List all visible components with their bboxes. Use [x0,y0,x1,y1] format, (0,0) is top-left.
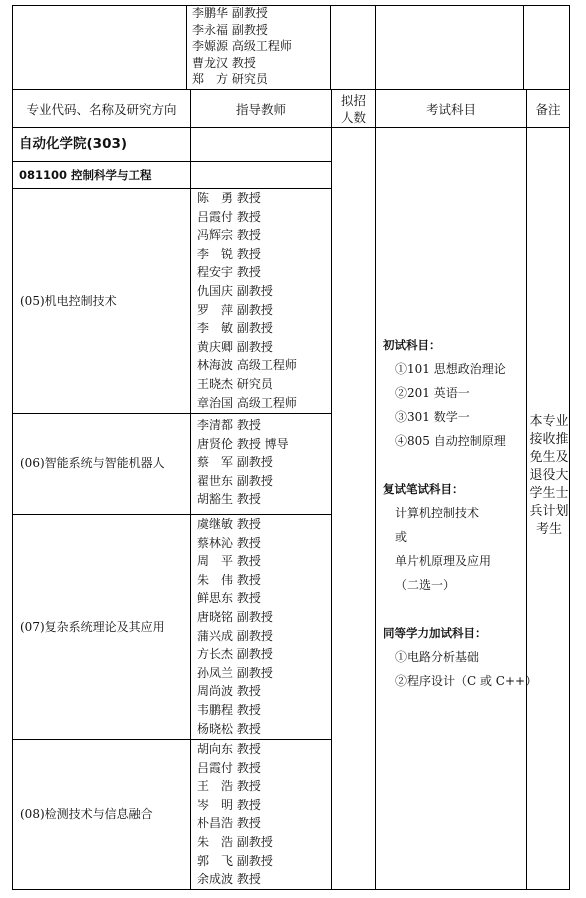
supervisor-entry: 黄庆卿 副教授 [197,338,297,357]
supervisor-title: 教授 [237,722,261,736]
direction-06-supervisors: 李清都 教授 唐贤伦 教授 博导 蔡 军 副教授 翟世东 副教授 胡豁生 教授 [197,416,289,509]
supervisor-entry: 周尚波 教授 [197,682,273,701]
direction-07-supervisors: 虞继敏 教授 蔡林沁 教授 周 平 教授 朱 伟 教授 鲜思东 教授 唐晓铭 副… [197,515,273,738]
college-name: 自动化学院(303) [19,135,127,154]
supervisor-entry: 蒲兴成 副教授 [197,627,273,646]
direction-label-05: (05)机电控制技术 [20,292,117,311]
supervisor-title: 副教授 [237,455,273,469]
table-border-left [12,5,13,889]
supervisor-entry: 唐晓铭 副教授 [197,608,273,627]
header-major: 专业代码、名称及研究方向 [13,90,190,127]
equivalent-subject: ②程序设计（C 或 C++） [383,669,525,693]
supervisor-title: 教授 [237,816,261,830]
supervisor-name: 李嫄源 [192,39,228,53]
supervisor-title: 教授 [237,247,261,261]
supervisor-title: 教授 [237,761,261,775]
supervisor-name: 郭 飞 [197,854,233,868]
supervisor-title: 副教授 [237,474,273,488]
supervisor-title: 研究员 [232,72,268,86]
supervisor-name: 杨晓松 [197,722,233,736]
supervisor-entry: 李 敏 副教授 [197,319,297,338]
supervisor-name: 王晓杰 [197,377,233,391]
supervisor-title: 副教授 [232,6,268,20]
supervisor-name: 李 敏 [197,321,233,335]
supervisor-name: 朱 伟 [197,573,233,587]
supervisor-title: 教授 [237,591,261,605]
direction-label-08: (08)检测技术与信息融合 [20,805,153,824]
preliminary-heading: 初试科目： [383,333,525,357]
supervisor-name: 吕霞付 [197,761,233,775]
row-line-dir07 [12,739,332,740]
supervisor-title: 教授 [232,56,256,70]
supervisor-title: 副教授 [237,835,273,849]
supervisor-title: 副教授 [237,284,273,298]
supervisor-name: 岑 明 [197,798,233,812]
supervisor-name: 孙凤兰 [197,666,233,680]
header-quota-line2: 人数 [341,109,366,126]
supervisor-entry: 罗 萍 副教授 [197,301,297,320]
supervisor-title: 教授 [237,210,261,224]
supervisor-title: 高级工程师 [237,396,297,410]
supervisor-title: 副教授 [237,303,273,317]
supervisor-entry: 胡豁生 教授 [197,490,289,509]
preliminary-subject: ②201 英语一 [383,381,525,405]
supervisor-entry: 蔡林沁 教授 [197,534,273,553]
supervisor-name: 蒲兴成 [197,629,233,643]
supervisor-name: 蔡林沁 [197,536,233,550]
divider-col2 [331,89,332,889]
supervisor-name: 方长杰 [197,647,233,661]
supervisor-title: 副教授 [237,629,273,643]
supervisor-name: 蔡 军 [197,455,233,469]
supervisor-name: 陈 勇 [197,191,233,205]
supervisor-title: 教授 [237,684,261,698]
header-quota: 拟招 人数 [332,90,375,127]
supervisor-entry: 鲜思东 教授 [197,589,273,608]
divider-top-col4 [523,5,524,89]
preliminary-subject: ①101 思想政治理论 [383,357,525,381]
row-line-college [12,161,332,162]
supervisor-entry: 李鹏华 副教授 [192,5,292,22]
supervisor-title: 副教授 [237,340,273,354]
supervisor-title: 教授 [237,536,261,550]
header-quota-line1: 拟招 [341,92,366,109]
supervisor-title: 教授 [237,191,261,205]
supervisor-title: 教授 [237,418,261,432]
supervisor-entry: 蔡 军 副教授 [197,453,289,472]
supervisor-name: 朱 浩 [197,835,233,849]
header-bottom-line [12,127,570,128]
spacer [383,597,525,621]
supervisor-entry: 曹龙汉 教授 [192,55,292,72]
retest-heading: 复试笔试科目： [383,477,525,501]
supervisor-entry: 朴昌浩 教授 [197,814,273,833]
supervisor-title: 副教授 [237,854,273,868]
supervisor-title: 高级工程师 [232,39,292,53]
supervisor-entry: 虞继敏 教授 [197,515,273,534]
supervisor-entry: 吕霞付 教授 [197,208,297,227]
header-exam: 考试科目 [376,90,526,127]
supervisor-title: 教授 [237,798,261,812]
exam-subjects: 初试科目： ①101 思想政治理论 ②201 英语一 ③301 数学一 ④805… [383,333,525,693]
divider-top-col1 [186,5,187,89]
supervisor-entry: 章治国 高级工程师 [197,394,297,413]
supervisor-name: 虞继敏 [197,517,233,531]
divider-col4 [526,89,527,889]
supervisor-name: 周 平 [197,554,233,568]
supervisor-entry: 朱 浩 副教授 [197,833,273,852]
supervisor-entry: 程安宇 教授 [197,263,297,282]
supervisor-name: 鲜思东 [197,591,233,605]
supervisor-title: 教授 博导 [237,437,289,451]
supervisor-name: 李鹏华 [192,6,228,20]
supervisor-entry: 余成波 教授 [197,870,273,889]
supervisor-title: 研究员 [237,377,273,391]
supervisor-name: 冯辉宗 [197,228,233,242]
supervisor-entry: 郑 方 研究员 [192,71,292,88]
supervisor-name: 黄庆卿 [197,340,233,354]
supervisor-entry: 郭 飞 副教授 [197,852,273,871]
supervisor-name: 郑 方 [192,72,228,86]
retest-subject: （二选一） [383,573,525,597]
supervisor-name: 章治国 [197,396,233,410]
preliminary-subject: ④805 自动控制原理 [383,429,525,453]
direction-05-supervisors: 陈 勇 教授 吕霞付 教授 冯辉宗 教授 李 锐 教授 程安宇 教授 仇国庆 副… [197,189,297,412]
supervisor-entry: 朱 伟 教授 [197,571,273,590]
supervisor-name: 余成波 [197,872,233,886]
supervisor-title: 教授 [237,554,261,568]
supervisor-entry: 唐贤伦 教授 博导 [197,435,289,454]
remark-text: 本专业接收推免生及退役大学生士兵计划考生 [529,413,569,539]
retest-subject: 计算机控制技术 [383,501,525,525]
row-line-dir06 [12,514,332,515]
spacer [383,453,525,477]
supervisor-title: 教授 [237,265,261,279]
supervisor-entry: 李永福 副教授 [192,22,292,39]
supervisor-entry: 李 锐 教授 [197,245,297,264]
retest-subject: 单片机原理及应用 [383,549,525,573]
supervisor-name: 曹龙汉 [192,56,228,70]
preliminary-subject: ③301 数学一 [383,405,525,429]
supervisor-entry: 杨晓松 教授 [197,720,273,739]
divider-col1 [190,89,191,889]
supervisor-title: 教授 [237,228,261,242]
supervisor-title: 教授 [237,703,261,717]
divider-col3 [375,89,376,889]
supervisor-name: 王 浩 [197,779,233,793]
supervisor-name: 胡豁生 [197,492,233,506]
row-line-dir05 [12,413,332,414]
supervisor-entry: 李嫄源 高级工程师 [192,38,292,55]
supervisor-title: 副教授 [237,321,273,335]
supervisor-name: 程安宇 [197,265,233,279]
direction-08-supervisors: 胡向东 教授 吕霞付 教授 王 浩 教授 岑 明 教授 朴昌浩 教授 朱 浩 副… [197,740,273,889]
major-name: 081100 控制科学与工程 [19,166,152,185]
equivalent-heading: 同等学力加试科目： [383,621,525,645]
equivalent-subject: ①电路分析基础 [383,645,525,669]
supervisor-title: 教授 [237,742,261,756]
supervisor-entry: 胡向东 教授 [197,740,273,759]
supervisor-name: 林海波 [197,358,233,372]
direction-label-06: (06)智能系统与智能机器人 [20,454,165,473]
header-remark: 备注 [527,90,569,127]
supervisor-name: 唐贤伦 [197,437,233,451]
supervisor-entry: 方长杰 副教授 [197,645,273,664]
supervisor-title: 副教授 [237,666,273,680]
supervisor-entry: 吕霞付 教授 [197,759,273,778]
supervisor-name: 翟世东 [197,474,233,488]
supervisor-entry: 孙凤兰 副教授 [197,664,273,683]
supervisor-entry: 仇国庆 副教授 [197,282,297,301]
supervisor-name: 李清都 [197,418,233,432]
supervisor-entry: 陈 勇 教授 [197,189,297,208]
supervisor-title: 副教授 [237,610,273,624]
supervisor-name: 周尚波 [197,684,233,698]
supervisor-title: 教授 [237,517,261,531]
supervisor-entry: 李清都 教授 [197,416,289,435]
supervisor-entry: 林海波 高级工程师 [197,356,297,375]
supervisor-entry: 王 浩 教授 [197,777,273,796]
table-border-bottom [12,889,570,890]
supervisor-name: 罗 萍 [197,303,233,317]
table-border-right [569,5,570,889]
supervisor-name: 李永福 [192,23,228,37]
supervisor-entry: 王晓杰 研究员 [197,375,297,394]
supervisor-name: 朴昌浩 [197,816,233,830]
retest-subject: 或 [383,525,525,549]
supervisor-entry: 冯辉宗 教授 [197,226,297,245]
supervisor-title: 高级工程师 [237,358,297,372]
supervisor-name: 仇国庆 [197,284,233,298]
supervisor-title: 教授 [237,492,261,506]
divider-top-col2 [330,5,331,89]
supervisor-name: 韦鹏程 [197,703,233,717]
divider-top-col3 [375,5,376,89]
supervisor-name: 吕霞付 [197,210,233,224]
supervisor-title: 教授 [237,573,261,587]
top-continuation-supervisors: 李鹏华 副教授 李永福 副教授 李嫄源 高级工程师 曹龙汉 教授 郑 方 研究员 [192,5,292,88]
direction-label-07: (07)复杂系统理论及其应用 [20,618,165,637]
supervisor-entry: 岑 明 教授 [197,796,273,815]
supervisor-title: 教授 [237,779,261,793]
supervisor-entry: 韦鹏程 教授 [197,701,273,720]
supervisor-name: 李 锐 [197,247,233,261]
supervisor-name: 唐晓铭 [197,610,233,624]
supervisor-entry: 翟世东 副教授 [197,472,289,491]
supervisor-title: 副教授 [237,647,273,661]
supervisor-title: 教授 [237,872,261,886]
supervisor-name: 胡向东 [197,742,233,756]
supervisor-entry: 周 平 教授 [197,552,273,571]
header-supervisor: 指导教师 [191,90,331,127]
supervisor-title: 副教授 [232,23,268,37]
